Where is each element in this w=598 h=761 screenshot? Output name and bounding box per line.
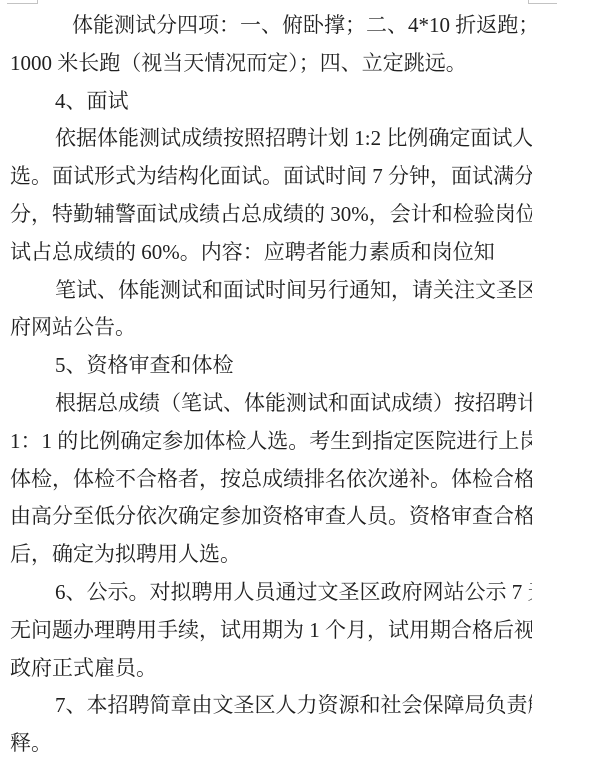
text-line-section-5-qualification-heading-0: 5、资格审查和体检 bbox=[10, 347, 532, 385]
text-line-qualification-details-0: 根据总成绩（笔试、体能测试和面试成绩）按招聘计划 bbox=[10, 385, 532, 423]
text-line-qualification-details-3: 由高分至低分依次确定参加资格审查人员。资格审查合格 bbox=[10, 498, 532, 536]
text-line-interview-details-3: 试占总成绩的 60%。内容：应聘者能力素质和岗位知识。 bbox=[10, 234, 532, 272]
text-line-interview-details-1: 选。面试形式为结构化面试。面试时间 7 分钟，面试满分 100 bbox=[10, 158, 532, 196]
text-line-qualification-details-2: 体检，体检不合格者，按总成绩排名依次递补。体检合格后， bbox=[10, 461, 532, 499]
text-line-interview-details-0: 依据体能测试成绩按照招聘计划 1:2 比例确定面试人 bbox=[10, 120, 532, 158]
text-line-section-7-interpretation-1: 释。 bbox=[10, 725, 532, 761]
text-line-schedule-notice-0: 笔试、体能测试和面试时间另行通知，请关注文圣区政 bbox=[10, 272, 532, 310]
text-line-section-6-publicity-2: 政府正式雇员。 bbox=[10, 650, 532, 688]
text-line-section-7-interpretation-0: 7、本招聘简章由文圣区人力资源和社会保障局负责解 bbox=[10, 687, 532, 725]
text-line-section-6-publicity-1: 无问题办理聘用手续，试用期为 1 个月，试用期合格后视为 bbox=[10, 612, 532, 650]
crop-mark-top-right-vertical bbox=[528, 0, 529, 4]
text-line-section-6-publicity-0: 6、公示。对拟聘用人员通过文圣区政府网站公示 7 天， bbox=[10, 574, 532, 612]
document-page: 体能测试分四项：一、俯卧撑；二、4*10 折返跑；三、1000 米长跑（视当天情… bbox=[0, 0, 598, 761]
document-text: 体能测试分四项：一、俯卧撑；二、4*10 折返跑；三、1000 米长跑（视当天情… bbox=[10, 7, 532, 761]
crop-mark-top-right-horizontal bbox=[528, 3, 557, 4]
crop-mark-top-left-horizontal bbox=[7, 3, 38, 4]
text-line-qualification-details-4: 后，确定为拟聘用人选。 bbox=[10, 536, 532, 574]
text-line-interview-details-2: 分，特勤辅警面试成绩占总成绩的 30%，会计和检验岗位面 bbox=[10, 196, 532, 234]
text-line-physical-test-items-0: 体能测试分四项：一、俯卧撑；二、4*10 折返跑；三、 bbox=[10, 7, 532, 45]
text-line-qualification-details-1: 1：1 的比例确定参加体检人选。考生到指定医院进行上岗前 bbox=[10, 423, 532, 461]
crop-mark-top-left-vertical bbox=[37, 0, 38, 4]
text-line-physical-test-items-1: 1000 米长跑（视当天情况而定）；四、立定跳远。 bbox=[10, 45, 532, 83]
text-line-schedule-notice-1: 府网站公告。 bbox=[10, 309, 532, 347]
text-line-section-4-interview-heading-0: 4、面试 bbox=[10, 83, 532, 121]
